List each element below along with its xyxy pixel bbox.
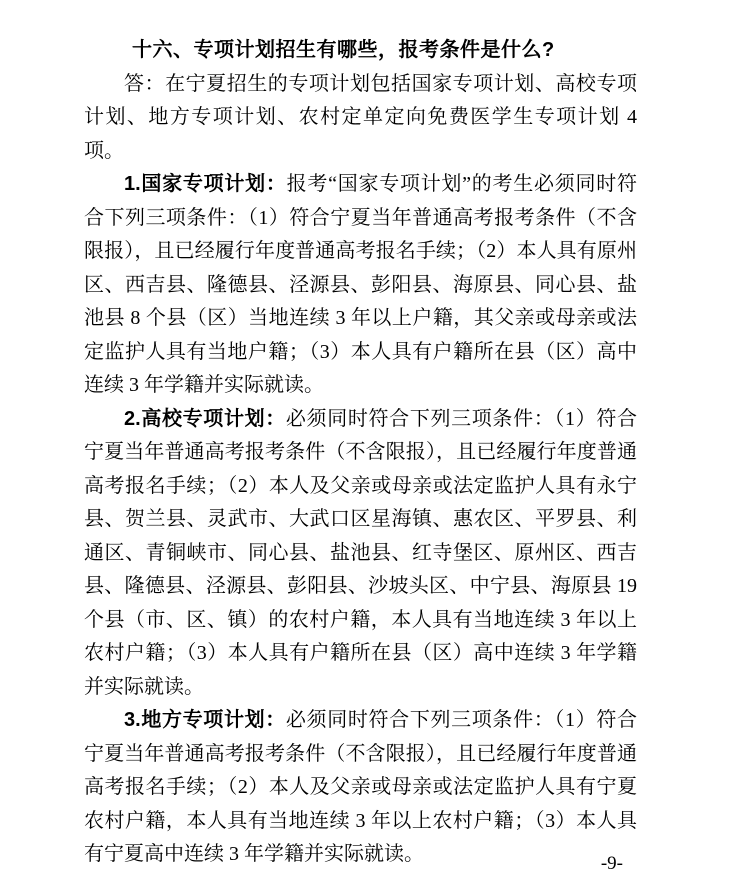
local-plan-text: 必须同时符合下列三项条件：（1）符合宁夏当年普通高考报考条件（不含限报），且已经… — [84, 709, 637, 865]
answer-paragraph: 答：在宁夏招生的专项计划包括国家专项计划、高校专项计划、地方专项计划、农村定单定… — [84, 68, 637, 169]
university-plan-text: 必须同时符合下列三项条件：（1）符合宁夏当年普通高考报考条件（不含限报），且已经… — [84, 408, 637, 698]
national-plan-label: 1.国家专项计划： — [124, 173, 287, 195]
document-body: 十六、专项计划招生有哪些，报考条件是什么? 答：在宁夏招生的专项计划包括国家专项… — [84, 34, 637, 872]
local-plan-label: 3.地方专项计划： — [124, 709, 286, 731]
question-heading: 十六、专项计划招生有哪些，报考条件是什么? — [84, 34, 637, 68]
national-plan-paragraph: 1.国家专项计划：报考“国家专项计划”的考生必须同时符合下列三项条件：（1）符合… — [84, 168, 637, 403]
answer-paragraph-text: 答：在宁夏招生的专项计划包括国家专项计划、高校专项计划、地方专项计划、农村定单定… — [84, 73, 637, 162]
university-plan-label: 2.高校专项计划： — [124, 408, 286, 430]
local-plan-paragraph: 3.地方专项计划：必须同时符合下列三项条件：（1）符合宁夏当年普通高考报考条件（… — [84, 704, 637, 872]
page-number: -9- — [84, 853, 637, 875]
university-plan-paragraph: 2.高校专项计划：必须同时符合下列三项条件：（1）符合宁夏当年普通高考报考条件（… — [84, 403, 637, 705]
national-plan-text: 报考“国家专项计划”的考生必须同时符合下列三项条件：（1）符合宁夏当年普通高考报… — [84, 173, 637, 396]
document-page: 十六、专项计划招生有哪些，报考条件是什么? 答：在宁夏招生的专项计划包括国家专项… — [0, 0, 731, 887]
